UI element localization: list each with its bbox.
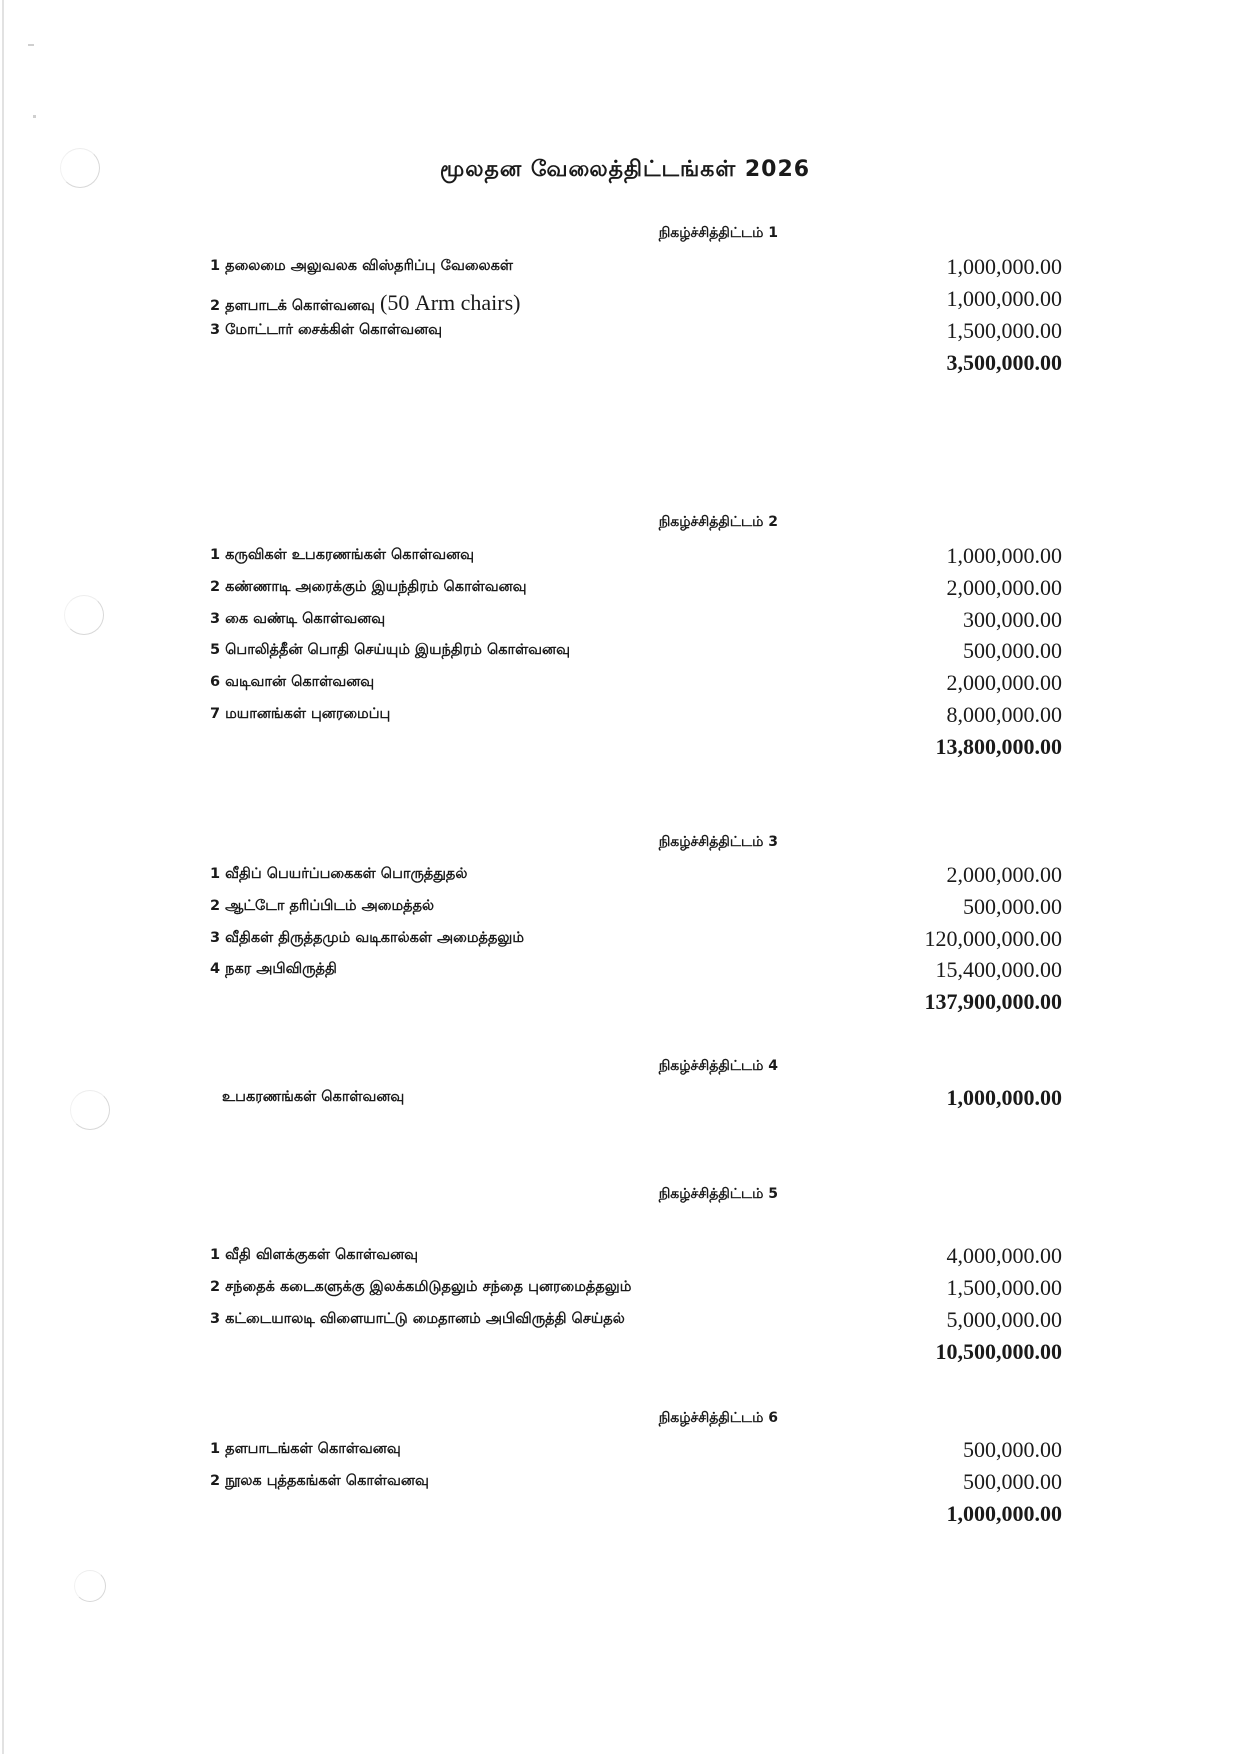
item-label: 3 வீதிகள் திருத்தமும் வடிகால்கள் அமைத்தல… bbox=[210, 930, 524, 948]
item-label: 3 கட்டையாலடி விளையாட்டு மைதானம் அபிவிருத… bbox=[210, 1311, 625, 1329]
total-row: 137,900,000.00 bbox=[0, 989, 1240, 1019]
program-heading: நிகழ்ச்சித்திட்டம் 5 bbox=[659, 1186, 778, 1204]
item-amount: 2,000,000.00 bbox=[947, 670, 1063, 696]
item-amount: 1,000,000.00 bbox=[947, 254, 1063, 280]
item-amount: 5,000,000.00 bbox=[947, 1307, 1063, 1333]
item-label: 1 கருவிகள் உபகரணங்கள் கொள்வனவு bbox=[210, 547, 474, 565]
program-heading: நிகழ்ச்சித்திட்டம் 6 bbox=[659, 1410, 778, 1428]
item-amount: 1,500,000.00 bbox=[947, 318, 1063, 344]
hole-punch-mark bbox=[74, 1570, 106, 1602]
line-item: உபகரணங்கள் கொள்வனவு 1,000,000.00 bbox=[0, 1085, 1240, 1115]
program-total: 137,900,000.00 bbox=[925, 989, 1063, 1015]
program-total: 13,800,000.00 bbox=[936, 734, 1063, 760]
item-amount: 1,000,000.00 bbox=[947, 286, 1063, 312]
item-amount: 500,000.00 bbox=[963, 638, 1062, 664]
line-item: 7 மயானங்கள் புனரமைப்பு 8,000,000.00 bbox=[0, 702, 1240, 732]
item-label: 2 சந்தைக் கடைகளுக்கு இலக்கமிடுதலும் சந்த… bbox=[210, 1279, 631, 1297]
item-label: உபகரணங்கள் கொள்வனவு bbox=[222, 1089, 404, 1107]
item-label: 3 கை வண்டி கொள்வனவு bbox=[210, 611, 385, 629]
item-amount: 1,500,000.00 bbox=[947, 1275, 1063, 1301]
program-total: 3,500,000.00 bbox=[947, 350, 1063, 376]
total-row: 10,500,000.00 bbox=[0, 1339, 1240, 1369]
item-label: 2 ஆட்டோ தரிப்பிடம் அமைத்தல் bbox=[210, 898, 434, 916]
item-label-english: (50 Arm chairs) bbox=[380, 290, 521, 315]
item-amount: 1,000,000.00 bbox=[947, 543, 1063, 569]
program-heading: நிகழ்ச்சித்திட்டம் 2 bbox=[659, 514, 778, 532]
line-item: 1 தளபாடங்கள் கொள்வனவு 500,000.00 bbox=[0, 1437, 1240, 1467]
item-label: 5 பொலித்தீன் பொதி செய்யும் இயந்திரம் கொள… bbox=[210, 642, 570, 660]
line-item: 1 கருவிகள் உபகரணங்கள் கொள்வனவு 1,000,000… bbox=[0, 543, 1240, 573]
line-item: 2 சந்தைக் கடைகளுக்கு இலக்கமிடுதலும் சந்த… bbox=[0, 1275, 1240, 1305]
scan-speck bbox=[33, 115, 36, 118]
program-total: 10,500,000.00 bbox=[936, 1339, 1063, 1365]
total-row: 13,800,000.00 bbox=[0, 734, 1240, 764]
item-amount: 500,000.00 bbox=[963, 1469, 1062, 1495]
item-amount: 300,000.00 bbox=[963, 607, 1062, 633]
line-item: 2 நூலக புத்தகங்கள் கொள்வனவு 500,000.00 bbox=[0, 1469, 1240, 1499]
item-label: 3 மோட்டார் சைக்கிள் கொள்வனவு bbox=[210, 322, 442, 340]
line-item: 1 வீதி விளக்குகள் கொள்வனவு 4,000,000.00 bbox=[0, 1243, 1240, 1273]
item-label: 2 நூலக புத்தகங்கள் கொள்வனவு bbox=[210, 1473, 429, 1491]
line-item: 2 ஆட்டோ தரிப்பிடம் அமைத்தல் 500,000.00 bbox=[0, 894, 1240, 924]
item-amount: 2,000,000.00 bbox=[947, 862, 1063, 888]
item-label: 2 தளபாடக் கொள்வனவு (50 Arm chairs) bbox=[210, 290, 521, 316]
item-amount: 1,000,000.00 bbox=[947, 1085, 1063, 1111]
line-item: 4 நகர அபிவிருத்தி 15,400,000.00 bbox=[0, 957, 1240, 987]
program-heading: நிகழ்ச்சித்திட்டம் 1 bbox=[659, 225, 778, 243]
item-label: 6 வடிவான் கொள்வனவு bbox=[210, 674, 374, 692]
item-amount: 4,000,000.00 bbox=[947, 1243, 1063, 1269]
page-title: மூலதன வேலைத்திட்டங்கள் 2026 bbox=[0, 157, 1240, 185]
scan-speck bbox=[28, 44, 34, 46]
total-row: 3,500,000.00 bbox=[0, 350, 1240, 380]
item-label: 1 தளபாடங்கள் கொள்வனவு bbox=[210, 1441, 401, 1459]
program-total: 1,000,000.00 bbox=[947, 1501, 1063, 1527]
line-item: 2 கண்ணாடி அரைக்கும் இயந்திரம் கொள்வனவு 2… bbox=[0, 575, 1240, 605]
item-amount: 500,000.00 bbox=[963, 1437, 1062, 1463]
program-heading: நிகழ்ச்சித்திட்டம் 4 bbox=[659, 1058, 778, 1076]
line-item: 1 வீதிப் பெயர்ப்பகைகள் பொருத்துதல் 2,000… bbox=[0, 862, 1240, 892]
item-amount: 120,000,000.00 bbox=[925, 926, 1063, 952]
line-item: 2 தளபாடக் கொள்வனவு (50 Arm chairs) 1,000… bbox=[0, 286, 1240, 316]
line-item: 3 கட்டையாலடி விளையாட்டு மைதானம் அபிவிருத… bbox=[0, 1307, 1240, 1337]
item-amount: 8,000,000.00 bbox=[947, 702, 1063, 728]
item-label: 7 மயானங்கள் புனரமைப்பு bbox=[210, 706, 390, 724]
line-item: 3 கை வண்டி கொள்வனவு 300,000.00 bbox=[0, 607, 1240, 637]
item-label: 4 நகர அபிவிருத்தி bbox=[210, 961, 337, 979]
item-amount: 15,400,000.00 bbox=[936, 957, 1063, 983]
item-amount: 500,000.00 bbox=[963, 894, 1062, 920]
item-amount: 2,000,000.00 bbox=[947, 575, 1063, 601]
line-item: 1 தலைமை அலுவலக விஸ்தரிப்பு வேலைகள் 1,000… bbox=[0, 254, 1240, 284]
line-item: 3 மோட்டார் சைக்கிள் கொள்வனவு 1,500,000.0… bbox=[0, 318, 1240, 348]
item-label: 1 வீதி விளக்குகள் கொள்வனவு bbox=[210, 1247, 418, 1265]
line-item: 5 பொலித்தீன் பொதி செய்யும் இயந்திரம் கொள… bbox=[0, 638, 1240, 668]
item-label: 2 கண்ணாடி அரைக்கும் இயந்திரம் கொள்வனவு bbox=[210, 579, 527, 597]
item-label: 1 வீதிப் பெயர்ப்பகைகள் பொருத்துதல் bbox=[210, 866, 467, 884]
line-item: 3 வீதிகள் திருத்தமும் வடிகால்கள் அமைத்தல… bbox=[0, 926, 1240, 956]
program-heading: நிகழ்ச்சித்திட்டம் 3 bbox=[659, 834, 778, 852]
item-label: 1 தலைமை அலுவலக விஸ்தரிப்பு வேலைகள் bbox=[210, 258, 513, 276]
line-item: 6 வடிவான் கொள்வனவு 2,000,000.00 bbox=[0, 670, 1240, 700]
total-row: 1,000,000.00 bbox=[0, 1501, 1240, 1531]
